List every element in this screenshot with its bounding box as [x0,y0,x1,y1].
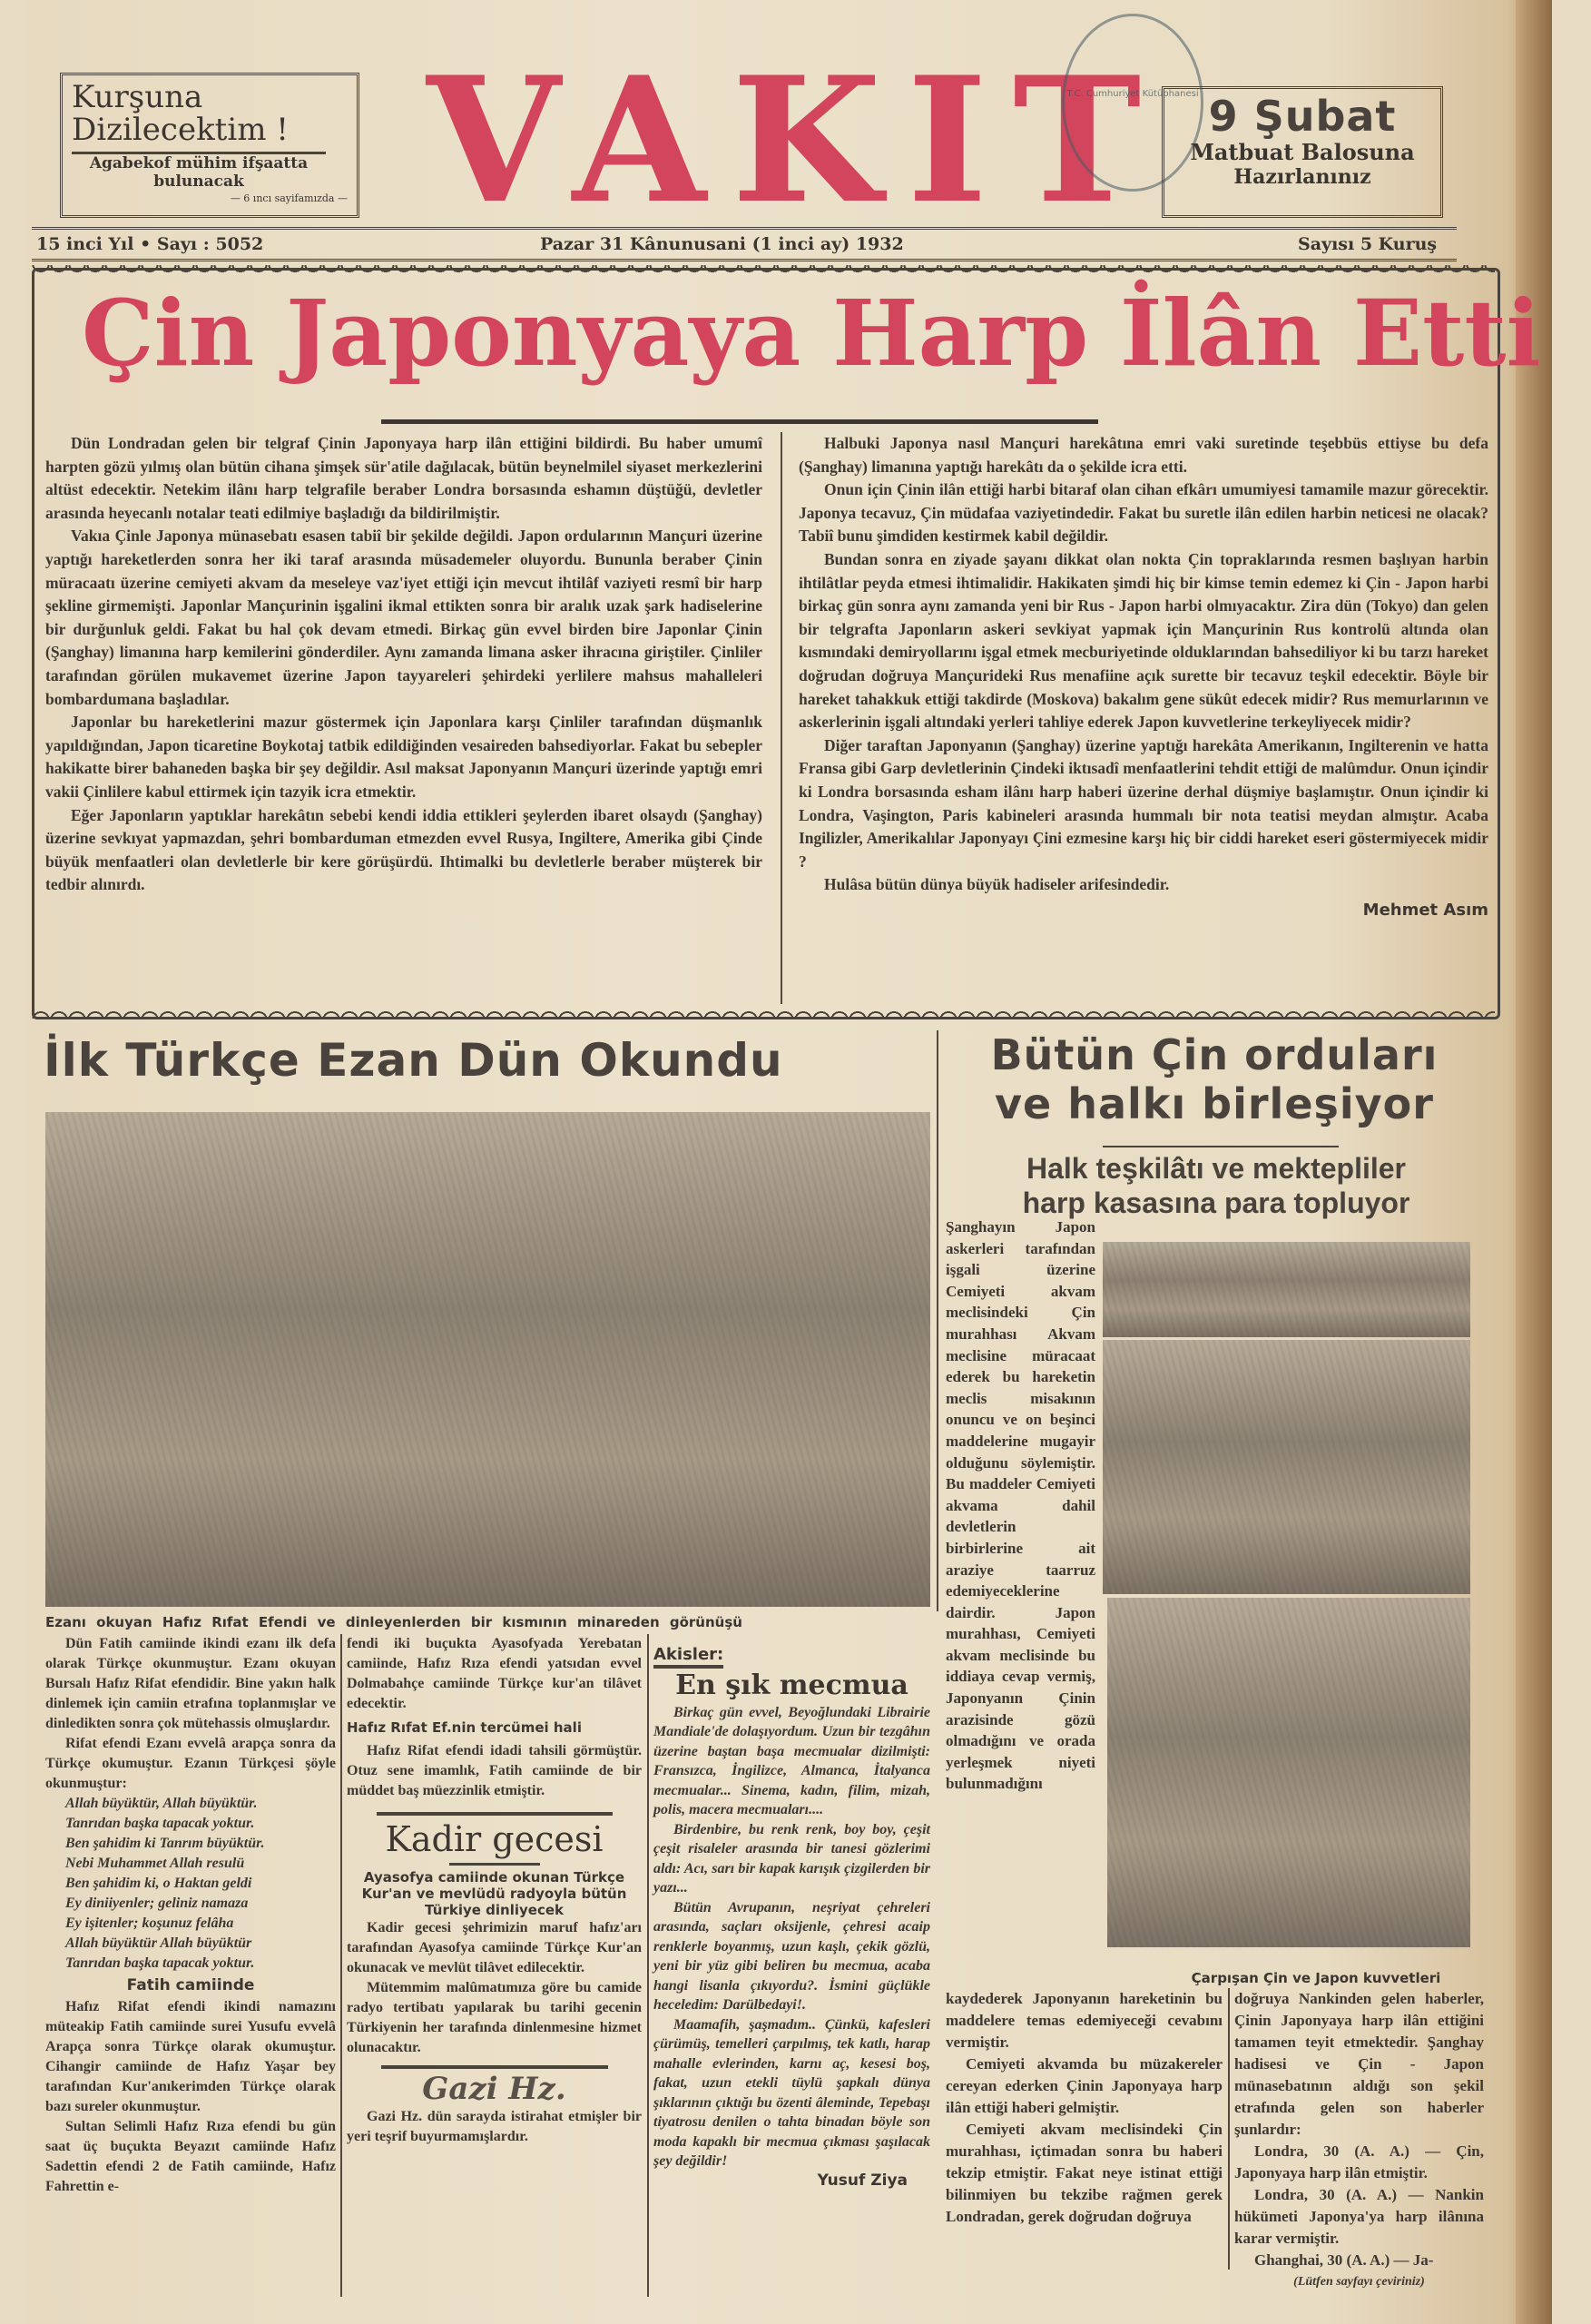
akisler-label: Akisler: [653,1645,723,1669]
ornament-rule [449,1863,540,1866]
ball-line-2: Hazırlanınız [1164,165,1440,189]
paragraph: Halbuki Japonya nasıl Mançuri harekâtına… [799,432,1488,478]
section-rule [381,2065,608,2069]
paragraph: Rifat efendi Ezanı evvelâ arapça sonra d… [45,1734,336,1794]
paragraph: Vakıa Çinle Japonya münasebatı esasen ta… [45,525,762,711]
ball-date: 9 Şubat [1164,93,1440,140]
paragraph: fendi iki buçukta Ayasofyada Yerebatan c… [347,1634,642,1714]
main-headline[interactable]: Çin Japonyaya Harp İlân Etti [82,277,1461,390]
teaser-box-left[interactable]: Kurşuna Dizilecektim ! Agabekof mühim if… [60,73,359,218]
artillery-photo [1103,1242,1470,1337]
paragraph: Şanghayın Japon askerleri tarafından işg… [946,1216,1095,1795]
paragraph: kaydederek Japonyanın hareketinin bu mad… [946,1988,1223,2053]
paragraph: Hafız Rifat efendi ikindi namazını mütea… [45,1997,336,2117]
paragraph: Hafız Rifat efendi idadi tahsili görmüşt… [347,1741,642,1801]
paragraph: Hulâsa bütün dünya büyük hadiseler arife… [799,873,1488,897]
column-divider [1228,1988,1230,2270]
ezan-column-2: fendi iki buçukta Ayasofyada Yerebatan c… [347,1634,642,2147]
dateline-rule-bottom [32,259,1457,261]
ezan-photo-caption: Ezanı okuyan Hafız Rıfat Efendi ve dinle… [45,1614,935,1630]
akisler-headline[interactable]: En şık mecmua [653,1669,930,1703]
continued-note[interactable]: (Lütfen sayfayı çeviriniz) [1234,2271,1484,2293]
teaser-headline-2: Dizilecektim ! [72,113,348,146]
ornament-rule [1103,1146,1339,1147]
china-subhead: Halk teşkilâtı ve mektepliler harp kasas… [944,1151,1488,1220]
paragraph: Mütemmim malûmatımıza göre bu camide rad… [347,1978,642,2058]
paragraph: Londra, 30 (A. A.) — Nankin hükümeti Jap… [1234,2184,1484,2250]
paragraph: Bundan sonra en ziyade şayanı dikkat ola… [799,548,1488,734]
china-photo-caption: Çarpışan Çin ve Japon kuvvetleri [1144,1970,1488,1986]
wavy-border-top [32,265,1495,274]
ezan-column-1: Dün Fatih camiinde ikindi ezanı ilk defa… [45,1634,336,2197]
paragraph: Onun için Çinin ilân ettiği harbi bitara… [799,478,1488,548]
dateline-rule-top [32,227,1457,230]
teaser-note: — 6 ıncı sayifamızda — [72,192,348,204]
paragraph: Cemiyeti akvamda bu müzakereler cereyan … [946,2053,1223,2119]
paragraph: doğruya Nankinden gelen haberler, Çinin … [1234,1988,1484,2141]
main-story-right-column: Halbuki Japonya nasıl Mançuri harekâtına… [799,432,1488,921]
year-issue: 15 inci Yıl • Sayı : 5052 [36,234,263,254]
paragraph: Gazi Hz. dün sarayda istirahat etmişler … [347,2107,642,2147]
paragraph: Sultan Selimli Hafız Rıza efendi bu gün … [45,2117,336,2197]
gazi-headline[interactable]: Gazi Hz. [347,2071,642,2107]
paragraph: Bütün Avrupanın, neşriyat çehreleri aras… [653,1898,930,2015]
section-rule [377,1812,613,1816]
china-narrow-column: Şanghayın Japon askerleri tarafından işg… [946,1216,1095,1795]
fatih-heading: Fatih camiinde [45,1975,336,1995]
headline-ornament-rule [381,419,1098,424]
issue-date: Pazar 31 Kânunusani (1 inci ay) 1932 [540,234,904,254]
wavy-border-bottom [32,1009,1495,1019]
teaser-box-right[interactable]: 9 Şubat Matbuat Balosuna Hazırlanınız [1162,86,1443,218]
paragraph: Kadir gecesi şehrimizin maruf hafız'arı … [347,1918,642,1978]
china-bottom-right-column: doğruya Nankinden gelen haberler, Çinin … [1234,1988,1484,2293]
paragraph: Dün Londradan gelen bir telgraf Çinin Ja… [45,432,762,525]
ball-line-1: Matbuat Balosuna [1164,140,1440,165]
paragraph: Cemiyeti akvam meclisindeki Çin murahhas… [946,2119,1223,2228]
paragraph: Birkaç gün evvel, Beyoğlundaki Librairie… [653,1703,930,1820]
paragraph: Eğer Japonların yaptıklar harekâtın sebe… [45,804,762,897]
column-divider [781,432,782,1004]
paragraph: Dün Fatih camiinde ikindi ezanı ilk defa… [45,1634,336,1734]
paragraph: Diğer taraftan Japonyanın (Şanghay) üzer… [799,734,1488,874]
bio-heading: Hafız Rıfat Ef.nin tercümei hali [347,1718,642,1738]
paragraph: Ghanghai, 30 (A. A.) — Ja- [1234,2250,1484,2271]
paragraph: Londra, 30 (A. A.) — Çin, Japonyaya harp… [1234,2141,1484,2184]
main-story-author: Mehmet Asım [799,899,1488,922]
paragraph: Japonlar bu hareketlerini mazur gösterme… [45,711,762,803]
soldiers-photo [1107,1598,1470,1947]
paragraph: Maamafih, şaşmadım.. Çünkü, kafesleri çü… [653,2015,930,2171]
china-headline[interactable]: Bütün Çin orduları ve halkı birleşiyor [942,1030,1487,1128]
ezan-headline[interactable]: İlk Türkçe Ezan Dün Okundu [44,1033,933,1088]
column-divider [340,1634,342,2297]
akisler-column: Akisler: En şık mecmua Birkaç gün evvel,… [653,1645,930,2191]
kadir-subhead: Ayasofya camiinde okunan Türkçe Kur'an v… [347,1869,642,1918]
column-divider [937,1030,938,1611]
issue-price: Sayısı 5 Kuruş [1298,234,1437,254]
ezan-text: Allah büyüktür, Allah büyüktür. Tanrıdan… [45,1794,336,1974]
akisler-author: Yusuf Ziya [653,2171,908,2191]
newspaper-page: Kurşuna Dizilecektim ! Agabekof mühim if… [27,0,1552,2324]
teaser-subhead: Agabekof mühim ifşaatta bulunacak [72,152,326,191]
column-divider [647,1634,649,2297]
cannon-photo [1103,1340,1470,1594]
kadir-headline[interactable]: Kadir gecesi [347,1819,642,1859]
ezan-photo [45,1112,930,1607]
paragraph: Birdenbire, bu renk renk, boy boy, çeşit… [653,1820,930,1898]
masthead-title: VAKIT [427,54,1134,227]
teaser-headline-1: Kurşuna [72,81,348,113]
china-bottom-left-column: kaydederek Japonyanın hareketinin bu mad… [946,1988,1223,2228]
main-story-left-column: Dün Londradan gelen bir telgraf Çinin Ja… [45,432,762,897]
